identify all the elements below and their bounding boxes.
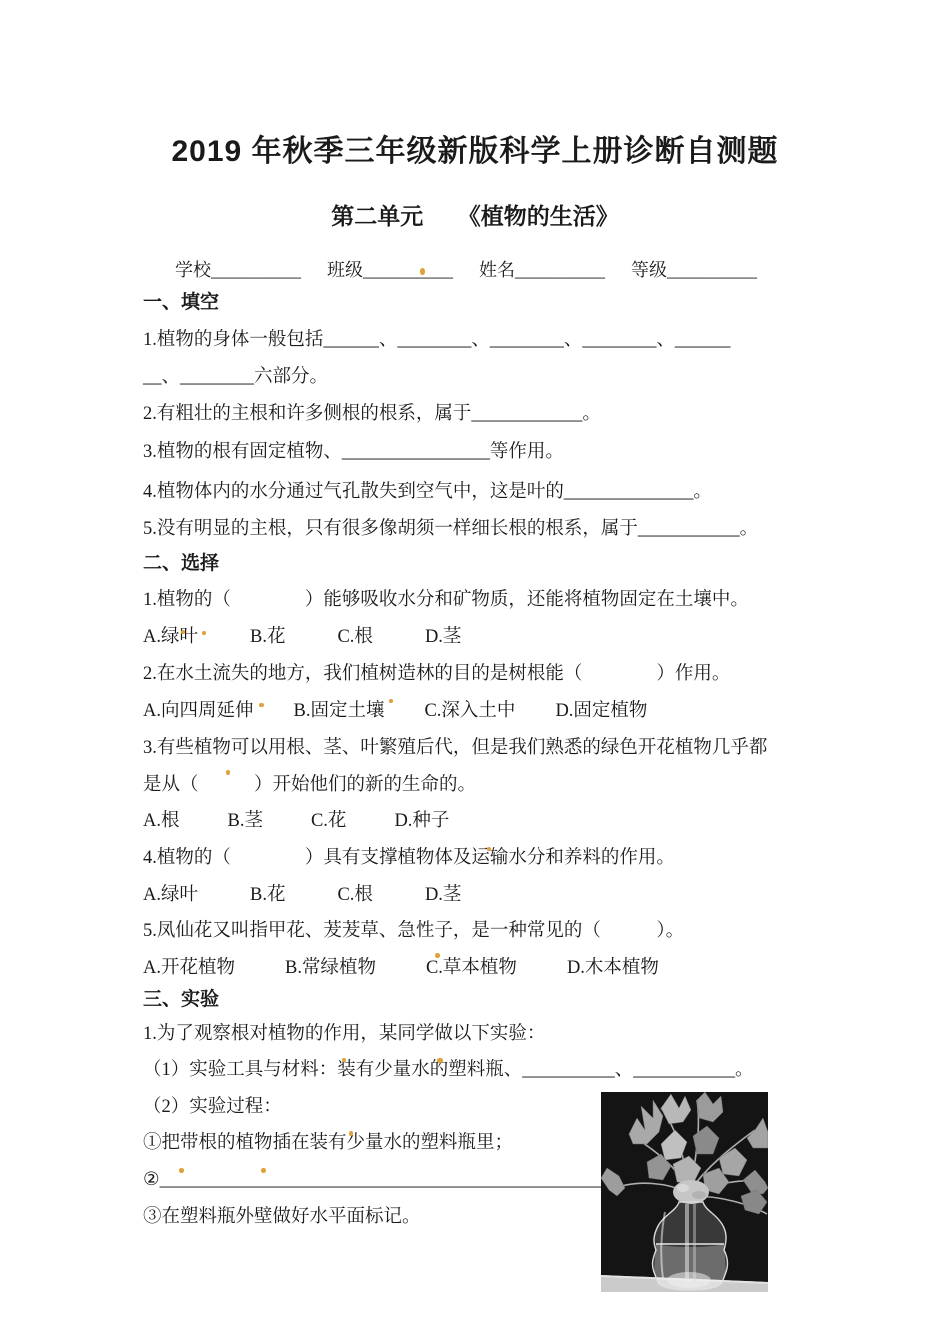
stray-mark bbox=[179, 1168, 184, 1173]
stray-mark bbox=[259, 703, 264, 707]
experiment-process-label: （2）实验过程： bbox=[143, 1092, 282, 1122]
page-title: 2019 年秋季三年级新版科学上册诊断自测题 bbox=[0, 126, 950, 170]
fill-line: 4.植物体内的水分通过气孔散失到空气中，这是叶的______________。 bbox=[143, 477, 712, 507]
option: C.根 bbox=[337, 880, 372, 910]
fill-line: 3.植物的根有固定植物、________________等作用。 bbox=[143, 437, 564, 467]
option: B.花 bbox=[250, 880, 285, 910]
section-heading-choice: 二、选择 bbox=[143, 549, 219, 579]
options-row: A.根 B.茎 C.花 D.种子 bbox=[143, 806, 449, 836]
stray-mark bbox=[226, 770, 230, 775]
stray-mark bbox=[349, 1131, 353, 1136]
question-text: 2.在水土流失的地方，我们植树造林的目的是树根能（ ）作用。 bbox=[143, 659, 730, 689]
options-row: A.开花植物 B.常绿植物 C.草本植物 D.木本植物 bbox=[143, 953, 659, 983]
option: D.种子 bbox=[394, 806, 449, 836]
stray-mark bbox=[181, 630, 185, 634]
question-text: 4.植物的（ ）具有支撑植物体及运输水分和养料的作用。 bbox=[143, 843, 675, 873]
option: C.草本植物 bbox=[426, 953, 517, 983]
student-info-row: 学校__________ 班级__________ 姓名__________ 等… bbox=[175, 256, 757, 282]
class-field: 班级__________ bbox=[327, 256, 453, 282]
option: B.花 bbox=[250, 622, 285, 652]
option: A.绿叶 bbox=[143, 622, 198, 652]
fill-line: 1.植物的身体一般包括______、________、________、____… bbox=[143, 325, 730, 355]
stray-mark bbox=[487, 847, 491, 851]
options-row: A.向四周延伸 B.固定土壤 C.深入土中 D.固定植物 bbox=[143, 696, 647, 726]
experiment-step: ③在塑料瓶外壁做好水平面标记。 bbox=[143, 1202, 421, 1232]
question-text: 1.植物的（ ）能够吸收水分和矿物质，还能将植物固定在土壤中。 bbox=[143, 585, 749, 615]
options-row: A.绿叶 B.花 C.根 D.茎 bbox=[143, 880, 461, 910]
option: A.根 bbox=[143, 806, 180, 836]
question-text: 5.凤仙花又叫指甲花、茇茇草、急性子，是一种常见的（ ）。 bbox=[143, 916, 684, 946]
stray-mark bbox=[342, 1058, 346, 1062]
stray-mark bbox=[389, 699, 393, 703]
stray-mark bbox=[420, 268, 425, 275]
option: D.固定植物 bbox=[555, 696, 647, 726]
fill-line: __、________六部分。 bbox=[143, 362, 328, 392]
option: D.茎 bbox=[425, 880, 462, 910]
option: A.开花植物 bbox=[143, 953, 235, 983]
option: A.向四周延伸 bbox=[143, 696, 254, 726]
fill-line: 5.没有明显的主根，只有很多像胡须一样细长根的根系，属于___________。 bbox=[143, 514, 758, 544]
option: C.深入土中 bbox=[424, 696, 515, 726]
options-row: A.绿叶 B.花 C.根 D.茎 bbox=[143, 622, 461, 652]
experiment-step: ①把带根的植物插在装有少量水的塑料瓶里； bbox=[143, 1128, 513, 1158]
grade-field: 等级__________ bbox=[631, 256, 757, 282]
section-heading-experiment: 三、实验 bbox=[143, 985, 219, 1015]
stray-mark bbox=[202, 631, 206, 635]
school-field: 学校__________ bbox=[175, 256, 301, 282]
experiment-materials: （1）实验工具与材料：装有少量水的塑料瓶、__________、________… bbox=[143, 1055, 754, 1085]
option: C.根 bbox=[337, 622, 372, 652]
stray-mark bbox=[435, 953, 440, 958]
experiment-intro: 1.为了观察根对植物的作用，某同学做以下实验： bbox=[143, 1019, 545, 1049]
option: C.花 bbox=[311, 806, 346, 836]
stray-mark bbox=[437, 1058, 443, 1063]
unit-subtitle: 第二单元 《植物的生活》 bbox=[0, 198, 950, 231]
plant-in-water-bottle-photo bbox=[601, 1092, 768, 1292]
option: B.固定土壤 bbox=[294, 696, 385, 726]
question-text: 是从（ ）开始他们的新的生命的。 bbox=[143, 770, 476, 800]
fill-line: 2.有粗壮的主根和许多侧根的根系，属于____________。 bbox=[143, 399, 601, 429]
option: B.常绿植物 bbox=[285, 953, 376, 983]
stray-mark bbox=[261, 1168, 266, 1173]
name-field: 姓名__________ bbox=[479, 256, 605, 282]
test-paper-page: 2019 年秋季三年级新版科学上册诊断自测题 第二单元 《植物的生活》 学校__… bbox=[0, 0, 950, 1344]
option: B.茎 bbox=[228, 806, 263, 836]
option: D.茎 bbox=[425, 622, 462, 652]
option: A.绿叶 bbox=[143, 880, 198, 910]
question-text: 3.有些植物可以用根、茎、叶繁殖后代，但是我们熟悉的绿色开花植物几乎都 bbox=[143, 733, 767, 763]
experiment-step: ②_______________________________________… bbox=[143, 1165, 609, 1195]
section-heading-fill: 一、填空 bbox=[143, 288, 219, 318]
plant-bottle-illustration bbox=[601, 1092, 768, 1292]
option: D.木本植物 bbox=[567, 953, 659, 983]
